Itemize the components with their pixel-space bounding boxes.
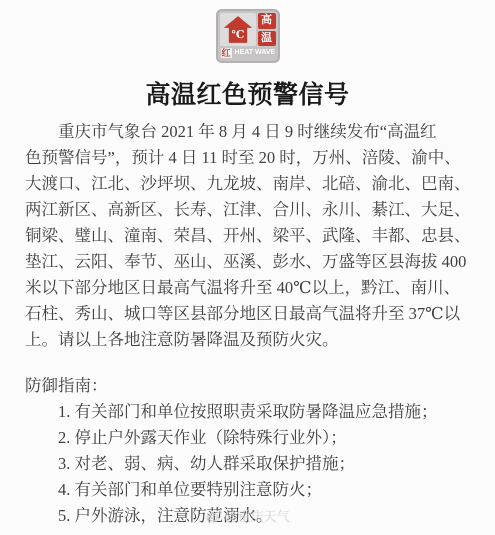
- heat-wave-char-top: 高: [258, 13, 276, 29]
- guide-item: 2. 停止户外露天作业（除特殊行业外）；: [25, 425, 470, 451]
- weather-warning-document: { "icon": { "temp_symbol": "℃", "char_to…: [0, 0, 495, 535]
- warning-body-line: 两江新区、高新区、长寿、江津、合川、永川、綦江、大足、: [25, 197, 470, 223]
- warning-body-line: 垫江、云阳、奉节、巫山、巫溪、彭水、万盛等区县海拔 400: [25, 249, 470, 275]
- page-title: 高温红色预警信号: [0, 75, 495, 111]
- heat-wave-icon-top: ℃ 高 温: [220, 13, 276, 46]
- weibo-icon: [205, 509, 221, 523]
- guide-item: 1. 有关部门和单位按照职责采取防暑降温应急措施；: [25, 399, 470, 425]
- heat-wave-warning-icon: ℃ 高 温 红 HEAT WAVE: [216, 9, 280, 63]
- heat-wave-english-label: HEAT WAVE: [235, 49, 276, 56]
- heat-wave-icon-bottom: 红 HEAT WAVE: [220, 46, 276, 58]
- heat-wave-vertical-label: 高 温: [258, 13, 276, 46]
- heat-wave-char-bottom: 温: [258, 31, 276, 47]
- warning-body-line: 色预警信号”，预计 4 日 11 时至 20 时，万州、涪陵、渝中、: [25, 145, 470, 171]
- warning-body-line: 大渡口、江北、沙坪坝、九龙坡、南岸、北碚、渝北、巴南、: [25, 171, 470, 197]
- warning-body-line: 米以下部分地区日最高气温将升至 40℃以上，黔江、南川、: [25, 275, 470, 301]
- warning-body: 重庆市气象台 2021 年 8 月 4 日 9 时继续发布“高温红色预警信号”，…: [25, 119, 470, 353]
- warning-body-line: 石柱、秀山、城口等区县部分地区日最高气温将升至 37℃以: [25, 301, 470, 327]
- guide-item: 3. 对老、弱、病、幼人群采取保护措施；: [25, 451, 470, 477]
- temperature-house-icon: ℃: [220, 13, 256, 46]
- guide-item: 4. 有关部门和单位要特别注意防火；: [25, 477, 470, 503]
- warning-body-line: 铜梁、璧山、潼南、荣昌、开州、梁平、武隆、丰都、忠县、: [25, 223, 470, 249]
- warning-level-label: 红: [221, 48, 232, 58]
- guide-heading: 防御指南：: [25, 373, 470, 399]
- watermark-text: @重庆天气: [224, 506, 289, 525]
- svg-text:℃: ℃: [231, 29, 244, 41]
- watermark: @重庆天气: [205, 506, 289, 525]
- warning-body-line: 上。请以上各地注意防暑降温及预防火灾。: [25, 327, 470, 353]
- warning-body-line: 重庆市气象台 2021 年 8 月 4 日 9 时继续发布“高温红: [25, 119, 470, 145]
